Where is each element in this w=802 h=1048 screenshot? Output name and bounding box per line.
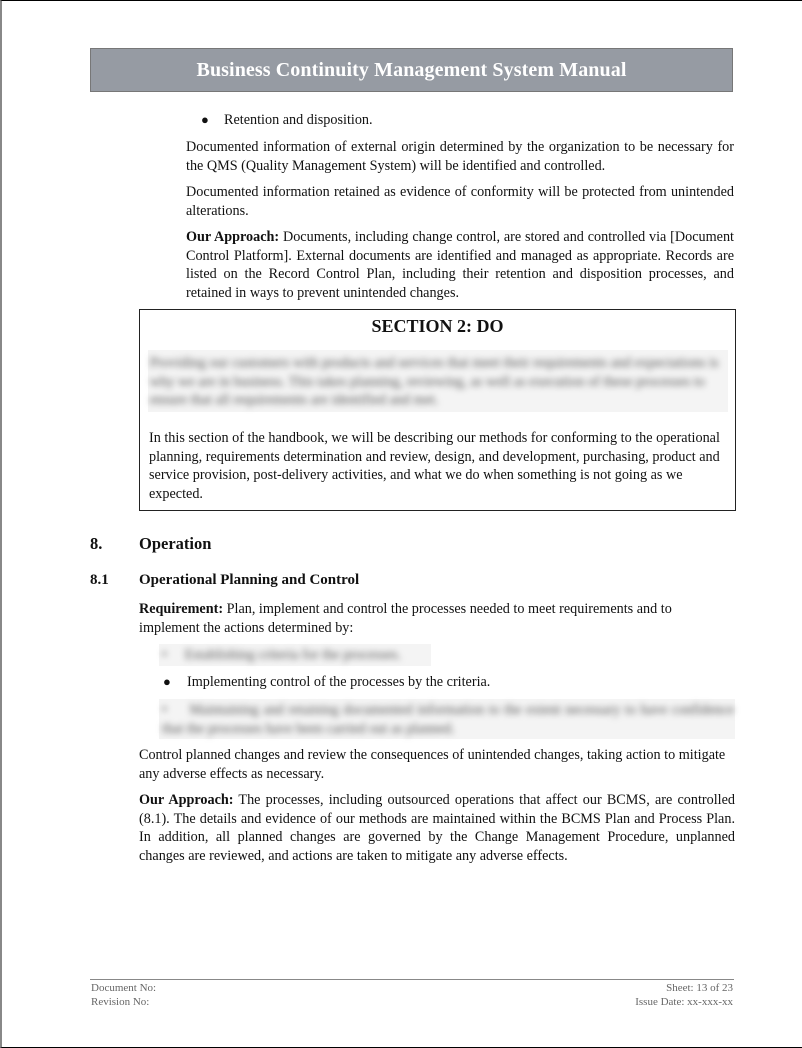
paragraph-evidence-conformity: Documented information retained as evide… (186, 183, 734, 220)
paragraph-control-changes: Control planned changes and review the c… (139, 746, 735, 783)
paragraph-our-approach-documents: Our Approach: Documents, including chang… (186, 228, 734, 302)
section-title: SECTION 2: DO (140, 316, 735, 337)
footer-revision-no: Revision No: (91, 995, 149, 1009)
paragraph-requirement: Requirement: Plan, implement and control… (139, 600, 735, 637)
heading-operation: Operation (139, 534, 211, 554)
list-item-implementing-control: Implementing control of the processes by… (187, 673, 490, 692)
bullet-blurred-1: • Establishing criteria for the processe… (162, 646, 401, 665)
heading-number: 8. (90, 534, 102, 554)
paragraph-external-origin: Documented information of external origi… (186, 138, 734, 175)
footer-sheet: Sheet: 13 of 23 (666, 981, 733, 995)
subheading-number: 8.1 (90, 572, 109, 589)
document-title: Business Continuity Management System Ma… (197, 59, 627, 82)
requirement-label: Requirement: (139, 601, 223, 617)
blurred-section-intro: Providing our customers with products an… (150, 354, 725, 410)
section-intro-text: In this section of the handbook, we will… (149, 429, 729, 503)
approach-label: Our Approach: (139, 792, 234, 808)
paragraph-our-approach-processes: Our Approach: The processes, including o… (139, 791, 735, 865)
subheading-planning-control: Operational Planning and Control (139, 572, 359, 589)
footer-issue-date: Issue Date: xx-xxx-xx (635, 995, 733, 1009)
bullet-blurred-3: • Maintaining and retaining documented i… (162, 701, 734, 738)
bullet-icon: ● (201, 112, 209, 128)
footer-divider (90, 979, 734, 980)
document-page: Business Continuity Management System Ma… (0, 0, 802, 1048)
section-2-box: SECTION 2: DO Providing our customers wi… (139, 309, 736, 511)
document-header-bar: Business Continuity Management System Ma… (90, 48, 733, 92)
footer-document-no: Document No: (91, 981, 156, 995)
bullet-icon: ● (163, 674, 171, 690)
approach-label: Our Approach: (186, 229, 279, 245)
list-item-retention: Retention and disposition. (224, 111, 373, 130)
